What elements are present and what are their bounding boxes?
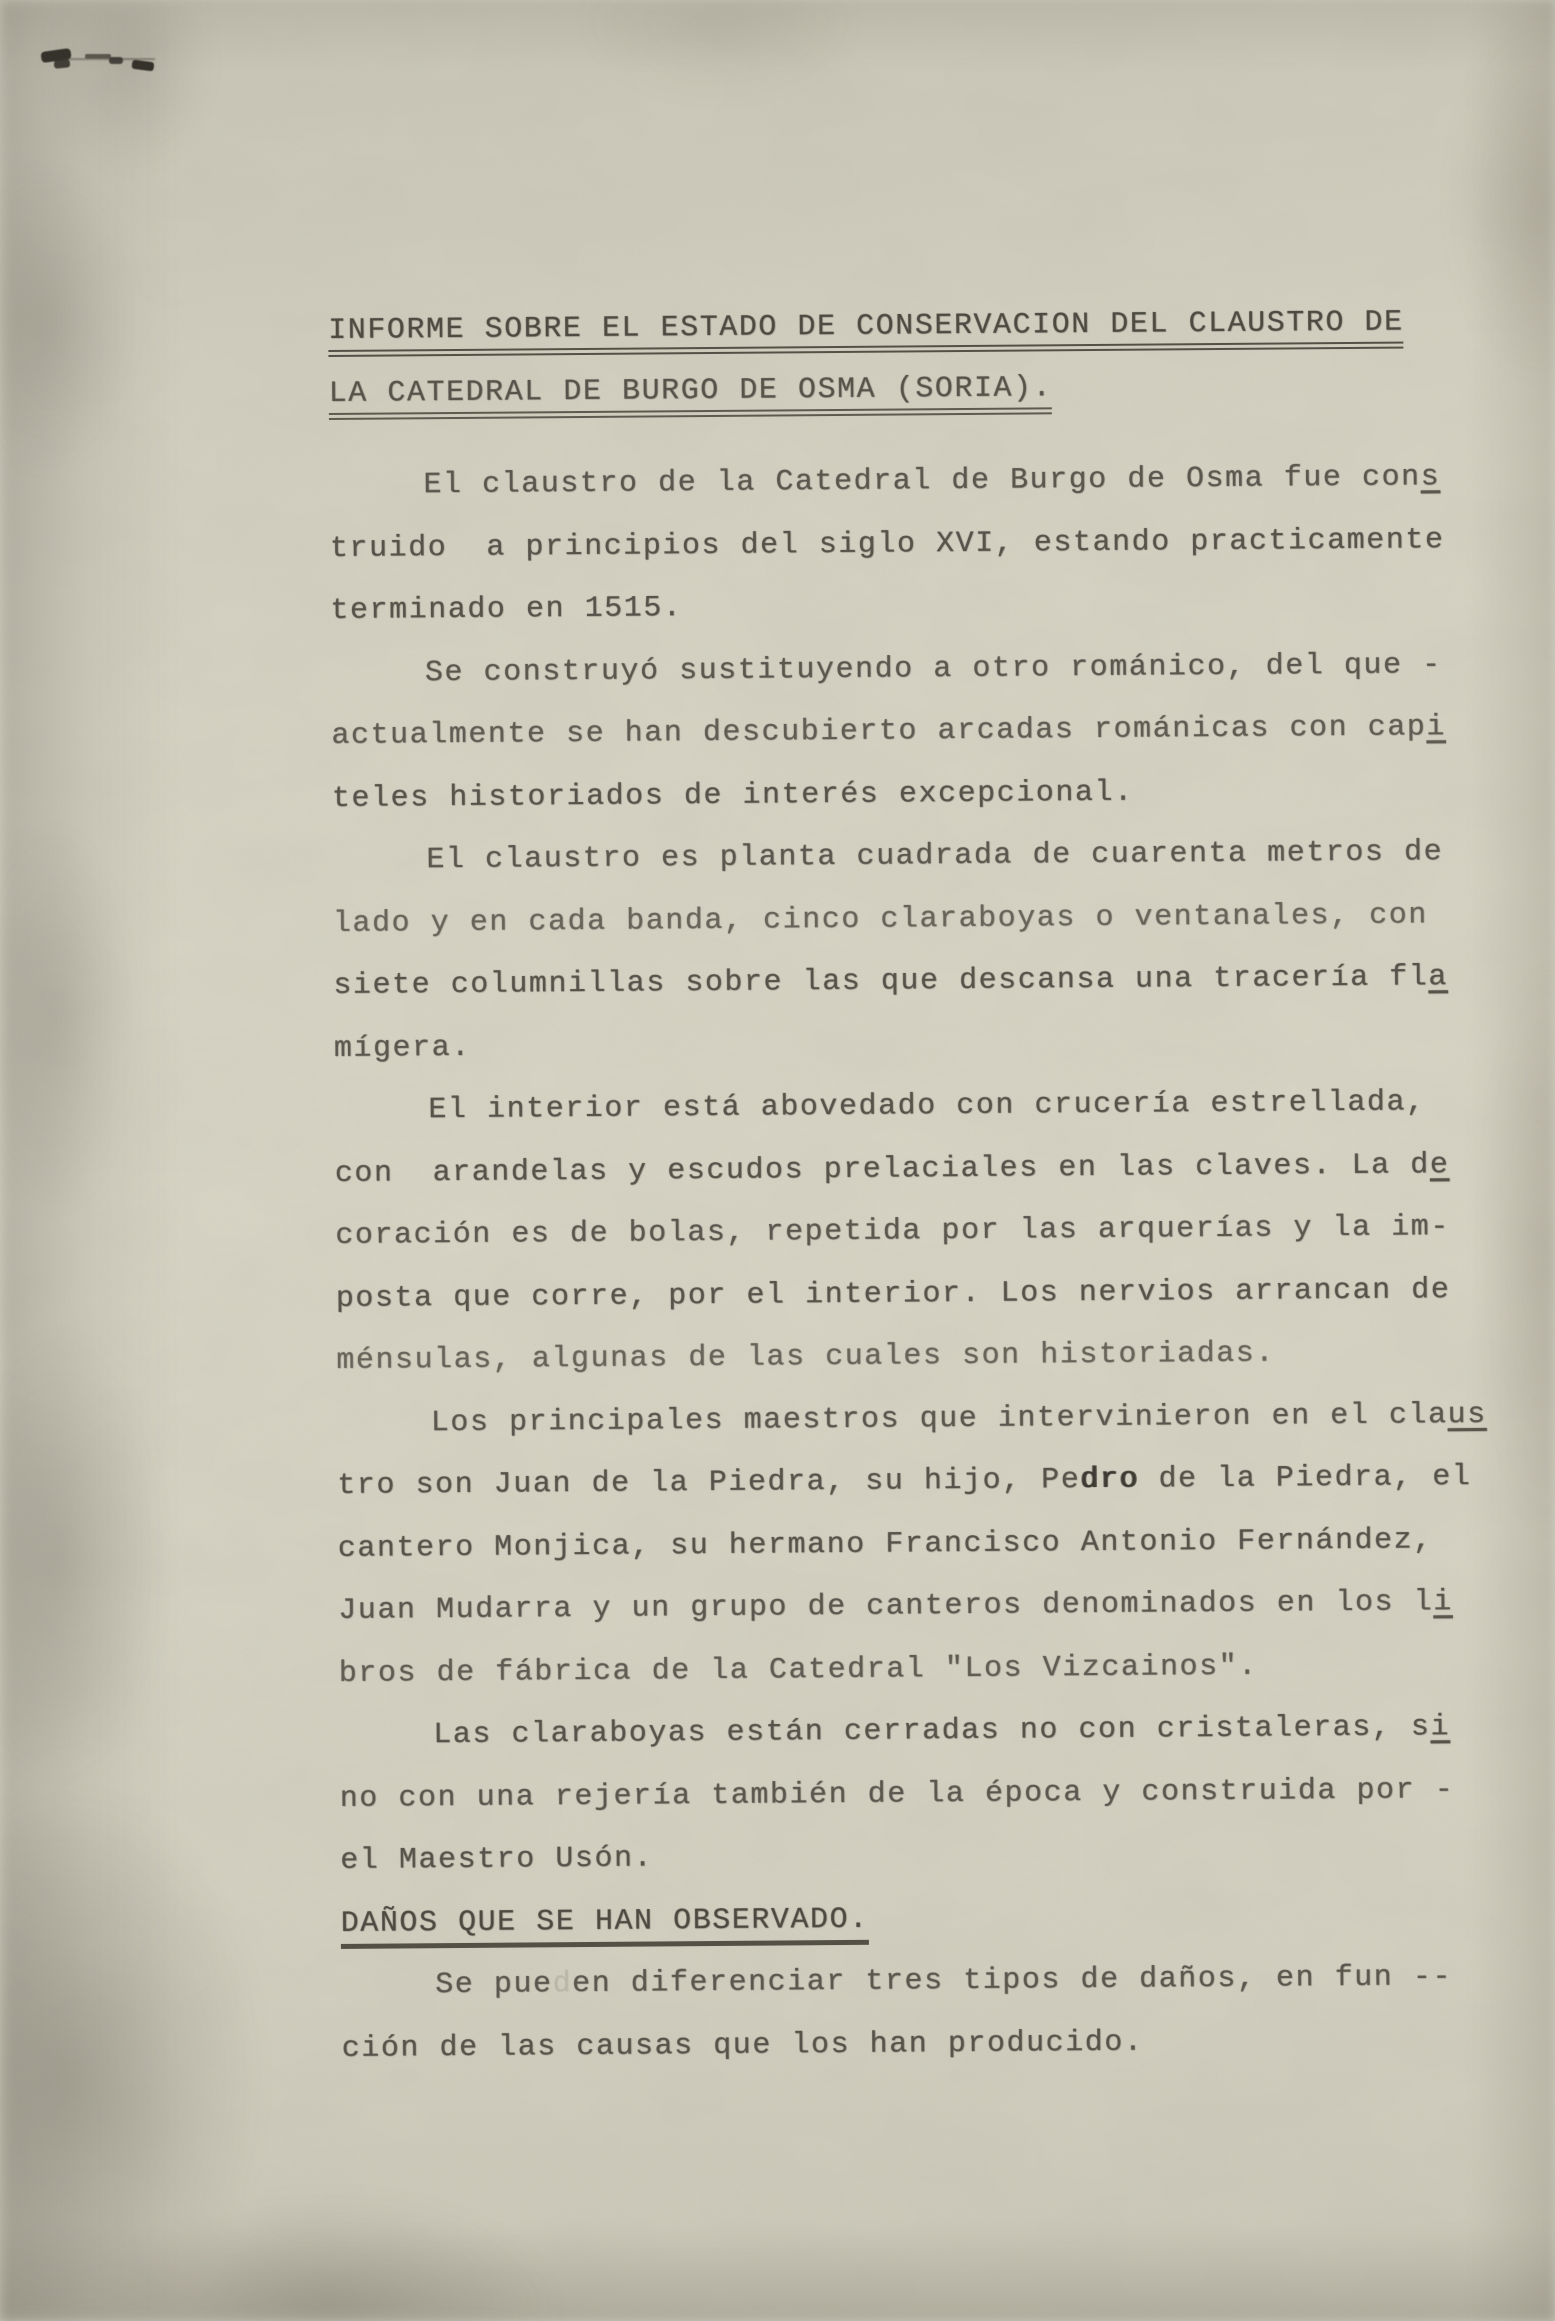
text-segment: s [1420, 460, 1440, 494]
text-line: teles historiados de interés excepcional… [332, 758, 1507, 830]
text-segment: truido a principios del siglo XVI, estan… [330, 523, 1445, 566]
text-segment: siete columnillas sobre las que descansa… [333, 960, 1428, 1003]
underlined-heading-text: INFORME SOBRE EL ESTADO DE CONSERVACION … [328, 306, 1404, 357]
text-line: truido a principios del siglo XVI, estan… [330, 508, 1505, 580]
text-segment: ménsulas, algunas de las cuales son hist… [336, 1337, 1275, 1378]
text-segment: us [1447, 1397, 1486, 1431]
text-segment: d [552, 1967, 572, 2001]
text-segment: posta que corre, por el interior. Los ne… [336, 1273, 1451, 1316]
paper-smudge-left [0, 0, 175, 2321]
text-line: siete columnillas sobre las que descansa… [333, 946, 1508, 1018]
text-segment: Se construyó sustituyendo a otro románic… [425, 648, 1442, 690]
text-line: ménsulas, algunas de las cuales son hist… [336, 1321, 1511, 1393]
text-segment: i [1430, 1710, 1450, 1744]
text-segment: a [1428, 960, 1448, 994]
text-line: El claustro de la Catedral de Burgo de O… [329, 446, 1504, 518]
text-line: actualmente se han descubierto arcadas r… [331, 696, 1506, 768]
text-segment: mígera. [334, 1030, 471, 1065]
text-line: El claustro es planta cuadrada de cuaren… [332, 821, 1507, 893]
ink-marks [33, 42, 173, 86]
title-line: INFORME SOBRE EL ESTADO DE CONSERVACION … [328, 291, 1503, 363]
text-line: con arandelas y escudos prelaciales en l… [335, 1133, 1510, 1205]
text-line: Juan Mudarra y un grupo de canteros deno… [338, 1571, 1513, 1643]
text-segment: de la Piedra, el [1139, 1460, 1472, 1497]
text-segment: actualmente se han descubierto arcadas r… [331, 710, 1426, 753]
text-line: lado y en cada banda, cinco claraboyas o… [333, 883, 1508, 955]
text-segment: bros de fábrica de la Catedral "Los Vizc… [339, 1649, 1258, 1690]
text-segment: INFORME SOBRE EL ESTADO DE CONSERVACION … [328, 306, 1404, 348]
text-segment: Juan Mudarra y un grupo de canteros deno… [338, 1585, 1433, 1628]
text-segment: El claustro de la Catedral de Burgo de O… [423, 460, 1420, 502]
text-line: bros de fábrica de la Catedral "Los Vizc… [339, 1633, 1514, 1705]
text-segment: coración es de bolas, repetida por las a… [335, 1210, 1450, 1253]
text-segment: e [1430, 1148, 1450, 1182]
text-segment: tro son Juan de la Piedra, su hijo, Pe [337, 1463, 1080, 1503]
text-segment: Se pue [435, 1967, 553, 2002]
text-line: El interior está abovedado con crucería … [334, 1071, 1509, 1143]
text-line: posta que corre, por el interior. Los ne… [336, 1258, 1511, 1330]
text-line: terminado en 1515. [330, 571, 1505, 643]
text-segment: lado y en cada banda, cinco claraboyas o… [333, 898, 1428, 941]
text-segment: con arandelas y escudos prelaciales en l… [335, 1148, 1430, 1191]
text-segment: terminado en 1515. [330, 591, 682, 628]
text-segment: El claustro es planta cuadrada de cuaren… [426, 835, 1443, 877]
text-line: Los principales maestros que intervinier… [337, 1383, 1512, 1455]
text-line: el Maestro Usón. [340, 1821, 1515, 1893]
section-heading: DAÑOS QUE SE HAN OBSERVADO. [341, 1883, 1516, 1955]
underlined-heading-text: LA CATEDRAL DE BURGO DE OSMA (SORIA). [329, 371, 1053, 420]
text-line: no con una rejería también de la época y… [340, 1758, 1515, 1830]
text-line: tro son Juan de la Piedra, su hijo, Pedr… [337, 1446, 1512, 1518]
text-segment: DAÑOS QUE SE HAN OBSERVADO. [341, 1902, 869, 1940]
text-segment: Las claraboyas están cerradas no con cri… [433, 1710, 1430, 1752]
text-line: mígera. [334, 1008, 1509, 1080]
text-segment: en diferenciar tres tipos de daños, en f… [572, 1960, 1452, 2001]
text-block: INFORME SOBRE EL ESTADO DE CONSERVACION … [328, 291, 1517, 2080]
title-line: LA CATEDRAL DE BURGO DE OSMA (SORIA). [328, 353, 1503, 425]
text-segment: cantero Monjica, su hermano Francisco An… [338, 1523, 1433, 1566]
text-line: Se pueden diferenciar tres tipos de daño… [341, 1946, 1516, 2018]
document-page: INFORME SOBRE EL ESTADO DE CONSERVACION … [0, 0, 1555, 2321]
text-segment: teles historiados de interés excepcional… [332, 775, 1134, 815]
paper-smudge-bottom [0, 2226, 1555, 2321]
text-line: Las claraboyas están cerradas no con cri… [339, 1696, 1514, 1768]
text-line: coración es de bolas, repetida por las a… [335, 1196, 1510, 1268]
underlined-heading-text: DAÑOS QUE SE HAN OBSERVADO. [341, 1902, 869, 1948]
text-segment: ción de las causas que los han producido… [342, 2025, 1144, 2065]
paper-smudge-top [0, 0, 1555, 70]
text-line: cantero Monjica, su hermano Francisco An… [338, 1508, 1513, 1580]
text-line: Se construyó sustituyendo a otro románic… [331, 633, 1506, 705]
text-segment: El interior está abovedado con crucería … [428, 1085, 1425, 1127]
text-segment: LA CATEDRAL DE BURGO DE OSMA (SORIA). [329, 371, 1053, 411]
text-segment: i [1426, 710, 1446, 744]
text-segment: dro [1080, 1463, 1139, 1497]
text-segment: i [1433, 1585, 1453, 1619]
text-segment: Los principales maestros que intervinier… [431, 1398, 1448, 1440]
text-segment: no con una rejería también de la época y… [340, 1773, 1455, 1816]
text-segment: el Maestro Usón. [340, 1841, 653, 1877]
text-line: ción de las causas que los han producido… [341, 2008, 1516, 2080]
